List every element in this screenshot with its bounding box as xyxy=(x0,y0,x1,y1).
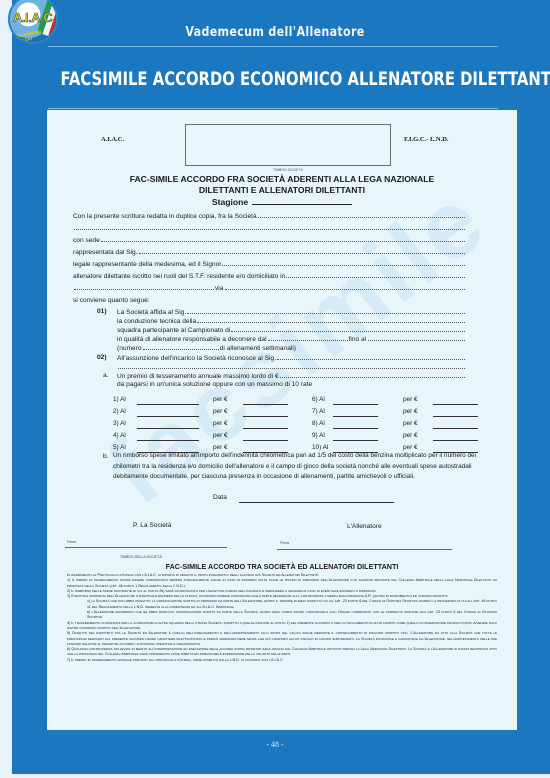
represented-input[interactable] xyxy=(139,248,465,254)
date-label: Data xyxy=(213,494,227,501)
page-title: FACSIMILE ACCORDO ECONOMICO ALLENATORE D… xyxy=(61,68,490,90)
installment-label: 3) Al xyxy=(113,420,126,427)
per-euro-label: per € xyxy=(403,432,418,439)
installment-label: 6) Al xyxy=(312,396,325,403)
annex-paragraph: 5) Oggetto del rapporto tra le Società e… xyxy=(67,631,497,647)
per-euro-label: per € xyxy=(403,408,418,415)
annex-title: FAC-SIMILE ACCORDO TRA SOCIETÀ ED ALLENA… xyxy=(47,562,517,571)
annex-paragraph: 1) Il premio di tesseramento dovrà esser… xyxy=(67,578,497,589)
annex-paragraph: 4) Il trasferimento di mansioni per la c… xyxy=(67,621,497,632)
clause-01-line-e: (numerodi allenamenti settimanali) xyxy=(117,344,297,352)
installment-date-input[interactable] xyxy=(137,440,199,441)
installment-label: 1) Al xyxy=(113,396,126,403)
clause-02-line-2 xyxy=(117,363,465,369)
installment-date-input[interactable] xyxy=(137,404,199,405)
figc-lnd-label: F.I.G.C.- L.N.D. xyxy=(404,136,449,143)
residence-input[interactable] xyxy=(286,272,465,278)
installment-date-input[interactable] xyxy=(333,416,378,417)
installment-label: 5) Al xyxy=(113,444,126,451)
installment-label: 9) Al xyxy=(312,432,325,439)
per-euro-label: per € xyxy=(213,420,228,427)
end-date-input[interactable] xyxy=(368,335,465,341)
society-label: Con la presente scrittura redatta in dup… xyxy=(73,213,257,220)
society-signatory-label: P. La Società xyxy=(133,522,171,529)
annex-paragraph: a) la Società che non abbia ricevuto la … xyxy=(67,599,497,610)
aiac-label: A.I.A.C. xyxy=(101,136,124,143)
installment-date-input[interactable] xyxy=(333,452,378,453)
clause-01-line-a: La Società affida al Sig. xyxy=(117,308,465,316)
installment-amount-input[interactable] xyxy=(243,440,288,441)
per-euro-label: per € xyxy=(403,444,418,451)
seat-line: con sede xyxy=(73,236,465,244)
clause-01-c-label: squadra partecipante al Campionato di xyxy=(117,327,230,334)
form-title-line1: FAC-SIMILE ACCORDO FRA SOCIETÀ ADERENTI … xyxy=(47,174,517,184)
clause-01-b-label: la conduzione tecnica della xyxy=(117,318,196,325)
title-divider xyxy=(48,108,498,109)
installment-amount-input[interactable] xyxy=(243,428,288,429)
society-input[interactable] xyxy=(258,212,465,218)
firma-left-label: Firma xyxy=(67,540,76,544)
society-signature-line[interactable] xyxy=(65,547,227,548)
installment-date-input[interactable] xyxy=(333,440,378,441)
society-stamp-label: TIMBRO DELLA SOCIETÀ xyxy=(120,555,162,559)
firma-right-label: Firma xyxy=(280,541,289,545)
stamp-box[interactable] xyxy=(185,124,391,166)
seat-input[interactable] xyxy=(101,236,465,242)
installment-row: 3) Alper €8) Alper € xyxy=(113,420,493,432)
per-euro-label: per € xyxy=(213,432,228,439)
championship-input[interactable] xyxy=(231,326,465,332)
season-field: Stagione xyxy=(47,197,517,207)
society-line: Con la presente scrittura redatta in dup… xyxy=(73,212,465,220)
team-input[interactable] xyxy=(197,317,465,323)
clause-02-line: All'assunzione dell'incarico la Società … xyxy=(117,354,465,362)
annex-paragraph: 6) Qualsiasi controversia sollevata in m… xyxy=(67,647,497,658)
clause-01-line-c: squadra partecipante al Campionato di xyxy=(117,326,465,334)
per-euro-label: per € xyxy=(213,396,228,403)
seat-label: con sede xyxy=(73,237,100,244)
recognized-coach-input-2[interactable] xyxy=(118,363,465,369)
installment-row: 2) Alper €7) Alper € xyxy=(113,408,493,420)
represented-line: rappresentata dal Sig. xyxy=(73,248,465,256)
per-euro-label: per € xyxy=(403,420,418,427)
installment-row: 1) Alper €6) Alper € xyxy=(113,396,493,408)
annex-paragraph: b) l'Allenatore esonerato che ne abbia r… xyxy=(67,610,497,621)
per-euro-label: per € xyxy=(403,396,418,403)
coach-signatory-label: L'Allenatore xyxy=(347,523,382,530)
installment-label: 2) Al xyxy=(113,408,126,415)
installment-row: 5) Alper €10) Alper € xyxy=(113,444,493,456)
installments-note: da pagarsi in un'unica soluzione oppure … xyxy=(117,381,312,388)
per-euro-label: per € xyxy=(213,408,228,415)
installment-amount-input[interactable] xyxy=(433,452,478,453)
logo-text: A.I.A.C. xyxy=(13,10,55,25)
clause-01-a-label: La Società affida al Sig. xyxy=(117,309,186,316)
sessions-input[interactable] xyxy=(143,344,219,350)
installment-date-input[interactable] xyxy=(333,428,378,429)
installment-date-input[interactable] xyxy=(137,416,199,417)
agreement-intro-text: si conviene quanto segue: xyxy=(73,297,150,304)
item-b-letter: b. xyxy=(103,453,109,460)
sessions-label-start: (numero xyxy=(117,345,142,352)
installment-row: 4) Alper €9) Alper € xyxy=(113,432,493,444)
end-date-label: fino al xyxy=(349,336,367,343)
via-label: via xyxy=(215,285,223,292)
item-a-letter: a. xyxy=(103,372,109,379)
clause-01-number: 01) xyxy=(97,308,107,315)
premium-label: Un premio di tesseramento annuale massim… xyxy=(117,373,279,380)
legal-rep-label: legale rappresentante della medesima, ed… xyxy=(73,261,221,268)
society-input-2[interactable] xyxy=(74,224,465,230)
form-document: facsimile A.I.A.C. TIMBRO SOCIETÀ F.I.G.… xyxy=(47,110,517,730)
installment-date-input[interactable] xyxy=(137,428,199,429)
installment-label: 4) Al xyxy=(113,432,126,439)
installment-label: 7) Al xyxy=(312,408,325,415)
premium-input[interactable] xyxy=(280,372,465,378)
installment-date-input[interactable] xyxy=(137,452,199,453)
sessions-label-end: di allenamenti settimanali) xyxy=(220,345,296,352)
header-divider xyxy=(48,46,498,47)
installment-amount-input[interactable] xyxy=(243,404,288,405)
installment-amount-input[interactable] xyxy=(433,416,478,417)
installment-date-input[interactable] xyxy=(333,404,378,405)
coach-name-input[interactable] xyxy=(222,260,465,266)
society-line-2 xyxy=(73,224,465,230)
clause-01-d-label: in qualità di allenatore responsabile a … xyxy=(117,336,267,343)
coach-residence-label: allenatore dilettante iscritto nei ruoli… xyxy=(73,273,285,280)
installment-amount-input[interactable] xyxy=(433,440,478,441)
street-input[interactable] xyxy=(225,284,465,290)
start-date-input[interactable] xyxy=(268,335,348,341)
item-a-line-1: Un premio di tesseramento annuale massim… xyxy=(117,372,465,380)
legal-rep-line: legale rappresentante della medesima, ed… xyxy=(73,260,465,268)
recognized-coach-input[interactable] xyxy=(277,354,465,360)
coach-signature-line[interactable] xyxy=(277,549,452,550)
represented-label: rappresentata dal Sig. xyxy=(73,249,138,256)
page-edge xyxy=(0,0,12,778)
installment-amount-input[interactable] xyxy=(243,452,288,453)
season-label: Stagione xyxy=(212,197,248,207)
per-euro-label: per € xyxy=(213,444,228,451)
assigned-coach-input[interactable] xyxy=(187,308,465,314)
installment-amount-input[interactable] xyxy=(433,404,478,405)
installment-label: 10) Al xyxy=(312,444,328,451)
clause-02-number: 02) xyxy=(97,354,107,361)
form-title-line2: DILETTANTI E ALLENATORI DILETTANTI xyxy=(47,185,517,195)
installment-label: 8) Al xyxy=(312,420,325,427)
city-input[interactable] xyxy=(74,284,214,290)
season-input[interactable] xyxy=(252,204,352,205)
annex-paragraph: 7) Il premio di tesseramento annuale pre… xyxy=(67,658,497,663)
page-edge-bottom xyxy=(0,774,550,778)
clause-01-line-b: la conduzione tecnica della xyxy=(117,317,465,325)
page-number: - 48 - xyxy=(0,740,550,749)
agreement-intro: si conviene quanto segue: xyxy=(73,297,465,304)
date-input[interactable] xyxy=(239,502,394,503)
coach-residence-line: allenatore dilettante iscritto nei ruoli… xyxy=(73,272,465,280)
installment-amount-input[interactable] xyxy=(243,416,288,417)
stamp-label: TIMBRO SOCIETÀ xyxy=(185,168,391,172)
running-title: Vademecum dell'Allenatore xyxy=(50,24,501,40)
item-a-line-2: da pagarsi in un'unica soluzione oppure … xyxy=(117,381,465,388)
street-line: via xyxy=(73,284,465,292)
clause-01-line-d: in qualità di allenatore responsabile a … xyxy=(117,335,465,343)
clause-02-label: All'assunzione dell'incarico la Società … xyxy=(117,355,276,362)
annex-text: In riferimento al Protocollo d'Intesa co… xyxy=(67,573,497,663)
installment-amount-input[interactable] xyxy=(433,428,478,429)
